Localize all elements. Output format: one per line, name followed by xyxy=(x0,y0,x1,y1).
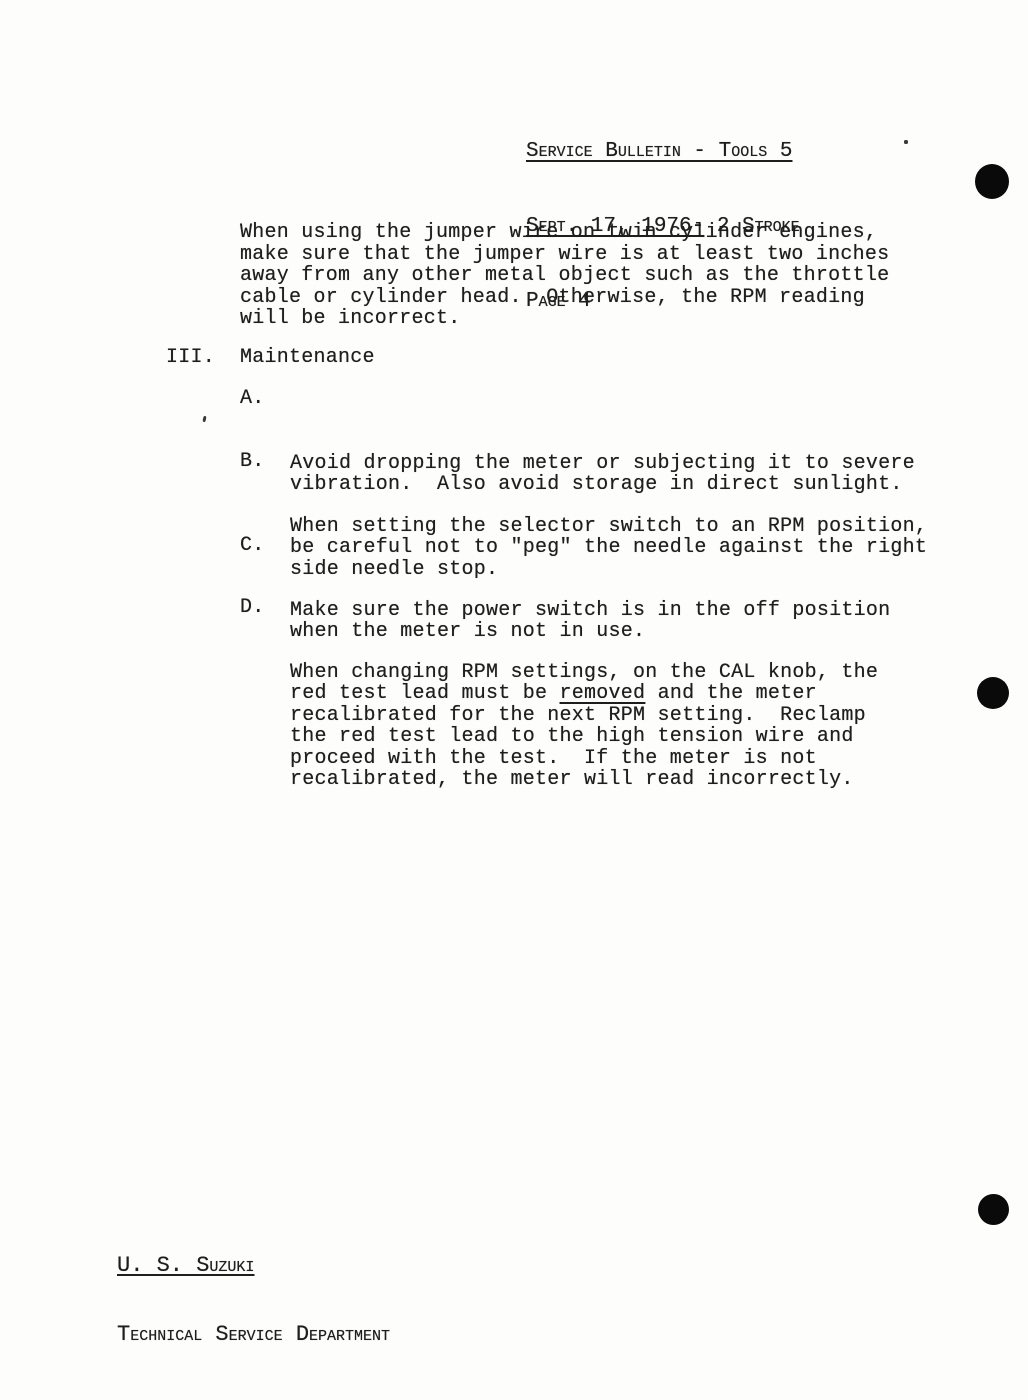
hole-punch-mark xyxy=(977,677,1009,709)
item-text: When changing RPM settings, on the CAL k… xyxy=(290,662,878,791)
intro-paragraph: When using the jumper wire on twin cylin… xyxy=(240,222,889,330)
item-label: D. xyxy=(240,597,265,619)
footer-department: Technical Service Department xyxy=(117,1323,390,1346)
bulletin-title: Service Bulletin - Tools 5 xyxy=(526,140,792,163)
footer: U. S. Suzuki Technical Service Departmen… xyxy=(117,1208,390,1392)
hole-punch-mark xyxy=(978,1194,1009,1225)
section-title: Maintenance xyxy=(240,347,375,369)
section-numeral: III. xyxy=(166,347,215,369)
underlined-word: removed xyxy=(560,682,646,705)
hole-punch-mark xyxy=(975,164,1009,199)
footer-org: U. S. Suzuki xyxy=(117,1254,390,1277)
header-line-bulletin: Service Bulletin - Tools 5 xyxy=(526,139,800,164)
maintenance-item-d: D. When changing RPM settings, on the CA… xyxy=(240,597,878,834)
item-label: A. xyxy=(240,388,265,410)
document-page: Service Bulletin - Tools 5 Sept. 17, 197… xyxy=(0,0,1028,1400)
scan-speck xyxy=(202,416,206,422)
item-label: B. xyxy=(240,451,265,473)
scan-speck xyxy=(904,140,908,144)
item-label: C. xyxy=(240,535,265,557)
footer-org-name: U. S. Suzuki xyxy=(117,1253,254,1278)
